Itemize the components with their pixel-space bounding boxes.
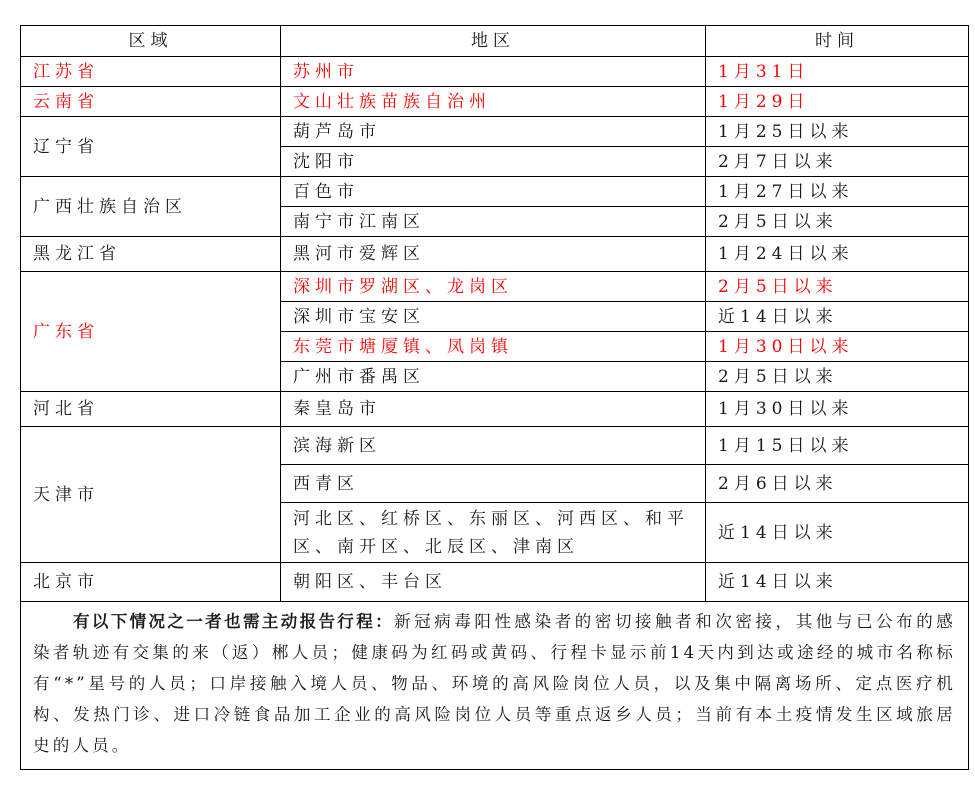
time-cell: 2月5日以来 <box>706 207 969 237</box>
table-row: 广东省 深圳市罗湖区、龙岗区 2月5日以来 <box>21 272 969 302</box>
time-cell: 1月25日以来 <box>706 117 969 147</box>
area-cell: 广州市番禺区 <box>281 362 706 392</box>
region-cell: 黑龙江省 <box>21 237 281 272</box>
area-cell: 南宁市江南区 <box>281 207 706 237</box>
region-cell: 河北省 <box>21 392 281 427</box>
table-row: 河北省 秦皇岛市 1月30日以来 <box>21 392 969 427</box>
table-row: 广西壮族自治区 百色市 1月27日以来 <box>21 177 969 207</box>
area-cell: 西青区 <box>281 465 706 503</box>
area-cell: 河北区、红桥区、东丽区、河西区、和平区、南开区、北辰区、津南区 <box>281 503 706 563</box>
header-area: 地区 <box>281 26 706 57</box>
table-row: 天津市 滨海新区 1月15日以来 <box>21 427 969 465</box>
time-cell: 2月7日以来 <box>706 147 969 177</box>
table-row: 北京市 朝阳区、丰台区 近14日以来 <box>21 563 969 602</box>
time-cell: 1月24日以来 <box>706 237 969 272</box>
area-cell: 秦皇岛市 <box>281 392 706 427</box>
table-row: 江苏省 苏州市 1月31日 <box>21 57 969 87</box>
table-row: 黑龙江省 黑河市爱辉区 1月24日以来 <box>21 237 969 272</box>
time-cell: 2月6日以来 <box>706 465 969 503</box>
time-cell: 近14日以来 <box>706 503 969 563</box>
time-cell: 1月15日以来 <box>706 427 969 465</box>
area-cell: 葫芦岛市 <box>281 117 706 147</box>
table-row: 云南省 文山壮族苗族自治州 1月29日 <box>21 87 969 117</box>
note-body: 新冠病毒阳性感染者的密切接触者和次密接，其他与已公布的感染者轨迹有交集的来（返）… <box>33 612 956 755</box>
area-cell: 深圳市罗湖区、龙岗区 <box>281 272 706 302</box>
area-cell: 文山壮族苗族自治州 <box>281 87 706 117</box>
time-cell: 近14日以来 <box>706 563 969 602</box>
reporting-note: 有以下情况之一者也需主动报告行程：新冠病毒阳性感染者的密切接触者和次密接，其他与… <box>21 602 969 770</box>
time-cell: 1月29日 <box>706 87 969 117</box>
area-cell: 苏州市 <box>281 57 706 87</box>
region-cell: 辽宁省 <box>21 117 281 177</box>
note-lead: 有以下情况之一者也需主动报告行程： <box>33 612 394 631</box>
region-cell: 广西壮族自治区 <box>21 177 281 237</box>
region-cell: 北京市 <box>21 563 281 602</box>
region-cell: 江苏省 <box>21 57 281 87</box>
table-row: 辽宁省 葫芦岛市 1月25日以来 <box>21 117 969 147</box>
area-cell: 滨海新区 <box>281 427 706 465</box>
table-header-row: 区域 地区 时间 <box>21 26 969 57</box>
area-cell: 朝阳区、丰台区 <box>281 563 706 602</box>
time-cell: 1月31日 <box>706 57 969 87</box>
time-cell: 1月30日以来 <box>706 392 969 427</box>
note-row: 有以下情况之一者也需主动报告行程：新冠病毒阳性感染者的密切接触者和次密接，其他与… <box>21 602 969 770</box>
time-cell: 2月5日以来 <box>706 362 969 392</box>
risk-area-table: 区域 地区 时间 江苏省 苏州市 1月31日 云南省 文山壮族苗族自治州 1月2… <box>20 25 969 770</box>
header-time: 时间 <box>706 26 969 57</box>
time-cell: 1月27日以来 <box>706 177 969 207</box>
region-cell: 广东省 <box>21 272 281 392</box>
area-cell: 百色市 <box>281 177 706 207</box>
time-cell: 2月5日以来 <box>706 272 969 302</box>
time-cell: 1月30日以来 <box>706 332 969 362</box>
area-cell: 东莞市塘厦镇、凤岗镇 <box>281 332 706 362</box>
region-cell: 天津市 <box>21 427 281 563</box>
area-cell: 黑河市爱辉区 <box>281 237 706 272</box>
time-cell: 近14日以来 <box>706 302 969 332</box>
header-region: 区域 <box>21 26 281 57</box>
area-cell: 沈阳市 <box>281 147 706 177</box>
area-cell: 深圳市宝安区 <box>281 302 706 332</box>
region-cell: 云南省 <box>21 87 281 117</box>
